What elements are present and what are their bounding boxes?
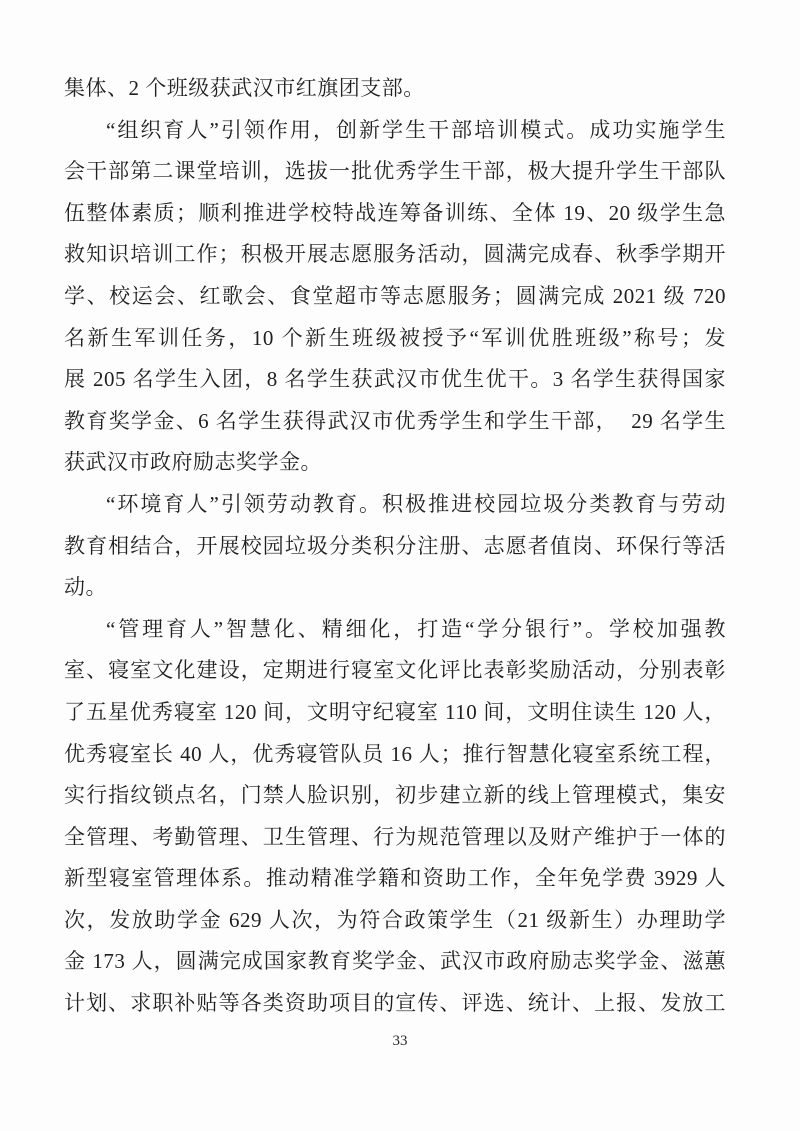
text-line: 获武汉市政府励志奖学金。 — [64, 442, 726, 484]
text-line: 救知识培训工作；积极开展志愿服务活动，圆满完成春、秋季学期开 — [64, 234, 726, 276]
text-line: 金 173 人，圆满完成国家教育奖学金、武汉市政府励志奖学金、滋蕙 — [64, 941, 726, 983]
page-number: 33 — [0, 1033, 800, 1050]
text-line: 室、寝室文化建设，定期进行寝室文化评比表彰奖励活动，分别表彰 — [64, 650, 726, 692]
text-line: 教育奖学金、6 名学生获得武汉市优秀学生和学生干部， 29 名学生 — [64, 401, 726, 443]
text-line: 伍整体素质；顺利推进学校特战连筹备训练、全体 19、20 级学生急 — [64, 193, 726, 235]
text-line: 学、校运会、红歌会、食堂超市等志愿服务；圆满完成 2021 级 720 — [64, 276, 726, 318]
text-line: 全管理、考勤管理、卫生管理、行为规范管理以及财产维护于一体的 — [64, 817, 726, 859]
text-line: 会干部第二课堂培训，选拔一批优秀学生干部，极大提升学生干部队 — [64, 151, 726, 193]
text-line: 集体、2 个班级获武汉市红旗团支部。 — [64, 68, 726, 110]
text-line: “管理育人”智慧化、精细化，打造“学分银行”。学校加强教 — [64, 609, 726, 651]
text-line: “组织育人”引领作用，创新学生干部培训模式。成功实施学生 — [64, 110, 726, 152]
text-line: 次，发放助学金 629 人次，为符合政策学生（21 级新生）办理助学 — [64, 900, 726, 942]
text-line: 了五星优秀寝室 120 间，文明守纪寝室 110 间，文明住读生 120 人， — [64, 692, 726, 734]
document-page: 集体、2 个班级获武汉市红旗团支部。“组织育人”引领作用，创新学生干部培训模式。… — [0, 0, 800, 1131]
text-line: 计划、求职补贴等各类资助项目的宣传、评选、统计、上报、发放工 — [64, 983, 726, 1025]
text-line: 展 205 名学生入团，8 名学生获武汉市优生优干。3 名学生获得国家 — [64, 359, 726, 401]
text-line: 优秀寝室长 40 人，优秀寝管队员 16 人；推行智慧化寝室系统工程， — [64, 734, 726, 776]
document-body: 集体、2 个班级获武汉市红旗团支部。“组织育人”引领作用，创新学生干部培训模式。… — [64, 68, 726, 1025]
text-line: 新型寝室管理体系。推动精准学籍和资助工作，全年免学费 3929 人 — [64, 858, 726, 900]
text-line: 动。 — [64, 567, 726, 609]
text-line: 实行指纹锁点名，门禁人脸识别，初步建立新的线上管理模式，集安 — [64, 775, 726, 817]
text-line: 名新生军训任务，10 个新生班级被授予“军训优胜班级”称号；发 — [64, 318, 726, 360]
text-line: “环境育人”引领劳动教育。积极推进校园垃圾分类教育与劳动 — [64, 484, 726, 526]
text-line: 教育相结合，开展校园垃圾分类积分注册、志愿者值岗、环保行等活 — [64, 526, 726, 568]
